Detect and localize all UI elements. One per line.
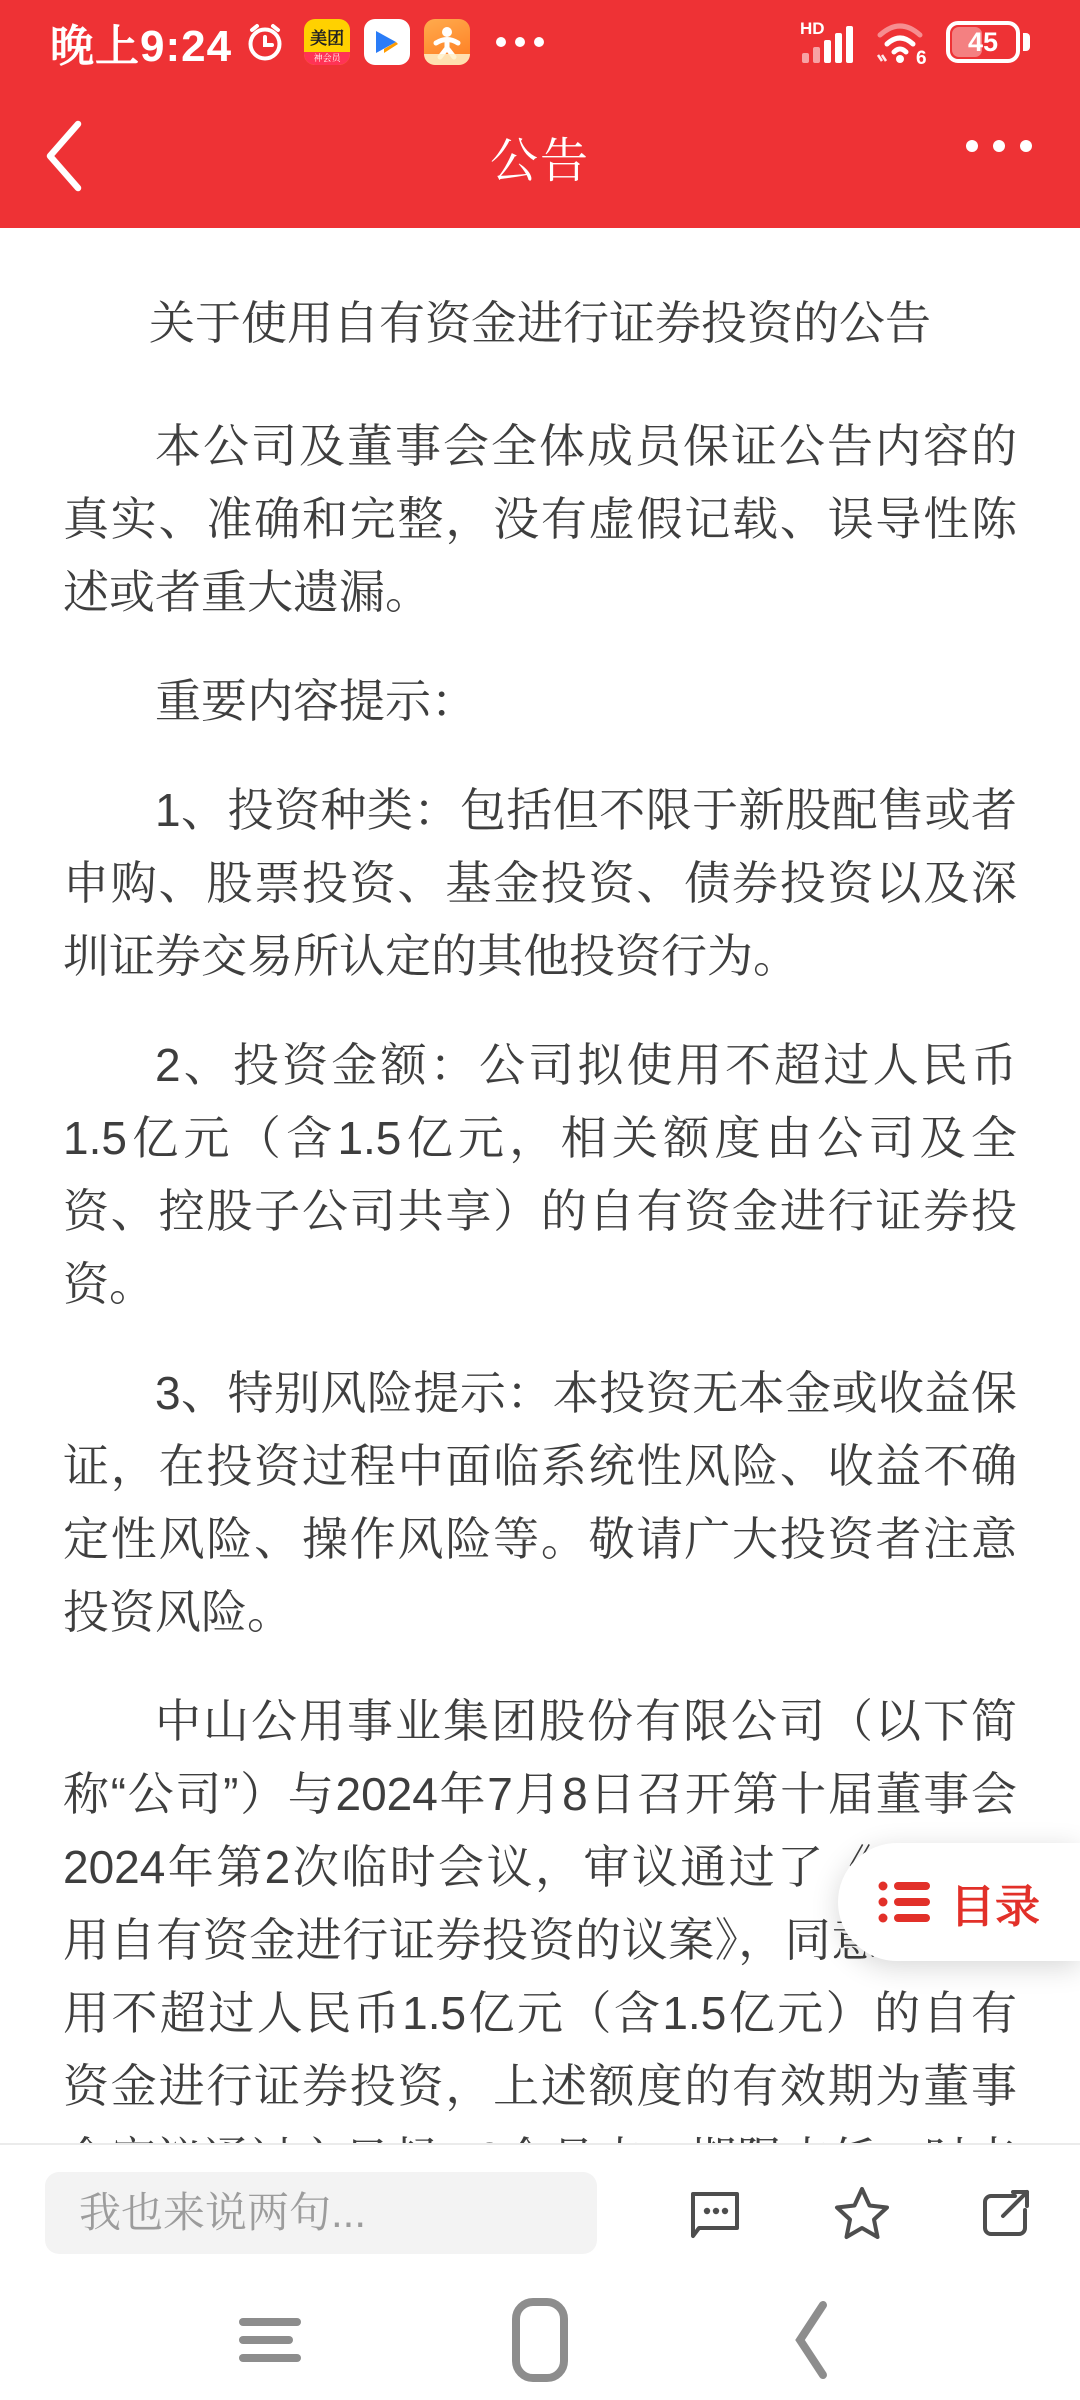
- travel-badge-band: [424, 54, 470, 65]
- wifi6-label: 6: [916, 48, 927, 65]
- more-options-button[interactable]: [966, 140, 1032, 152]
- clipped-previous-line: 中山公用事业集团股份有限公司关于使用自有资金进行证券投资的公告: [63, 228, 1017, 245]
- battery-cap: [1023, 33, 1030, 51]
- notification-app-icons: 美团 神会员: [304, 19, 470, 65]
- system-nav-bar: [0, 2280, 1080, 2400]
- app-bar: 公告: [0, 84, 1080, 228]
- share-button[interactable]: [972, 2145, 1042, 2282]
- paragraph-important-note: 重要内容提示：: [63, 665, 1017, 738]
- alarm-clock-icon: [244, 21, 286, 63]
- meituan-app-icon: 美团 神会员: [304, 19, 350, 65]
- favorite-star-button[interactable]: [827, 2145, 897, 2282]
- comment-input[interactable]: [45, 2172, 597, 2254]
- paragraph-item1-investment-type: 1、投资种类：包括但不限于新股配售或者申购、股票投资、基金投资、债券投资以及深圳…: [63, 774, 1017, 993]
- comment-bar: [0, 2143, 1080, 2280]
- page-title: 公告: [0, 84, 1080, 228]
- wifi-icon: 6: [872, 19, 930, 65]
- battery-percent: 45: [968, 29, 998, 56]
- toc-list-icon: [876, 1874, 932, 1930]
- status-indicators: HD 6: [800, 0, 1030, 84]
- phone-screen: 晚上9:24 美团 神会员: [0, 0, 1080, 2400]
- toc-label: 目录: [950, 1870, 1040, 1935]
- document-title: 关于使用自有资金进行证券投资的公告: [63, 287, 1017, 360]
- meituan-badge: 神会员: [304, 52, 350, 65]
- travel-app-icon: [424, 19, 470, 65]
- nav-home-button[interactable]: [480, 2280, 600, 2400]
- comments-button[interactable]: [680, 2145, 750, 2282]
- status-bar: 晚上9:24 美团 神会员: [0, 0, 1080, 84]
- notification-overflow-dots: [496, 37, 544, 47]
- nav-recents-button[interactable]: [210, 2280, 330, 2400]
- video-app-icon: [364, 19, 410, 65]
- meituan-label: 美团: [310, 30, 344, 47]
- paragraph-disclaimer: 本公司及董事会全体成员保证公告内容的真实、准确和完整，没有虚假记载、误导性陈述或…: [63, 410, 1017, 629]
- cell-signal-icon: HD: [800, 21, 856, 63]
- nav-back-button[interactable]: [750, 2280, 870, 2400]
- status-time: 晚上9:24: [50, 10, 232, 74]
- paragraph-item3-risk-warning: 3、特别风险提示：本投资无本金或收益保证，在投资过程中面临系统性风险、收益不确定…: [63, 1357, 1017, 1649]
- battery-icon: 45: [946, 21, 1030, 63]
- paragraph-item2-investment-amount: 2、投资金额：公司拟使用不超过人民币1.5亿元（含1.5亿元，相关额度由公司及全…: [63, 1029, 1017, 1321]
- toc-floating-button[interactable]: 目录: [838, 1843, 1080, 1961]
